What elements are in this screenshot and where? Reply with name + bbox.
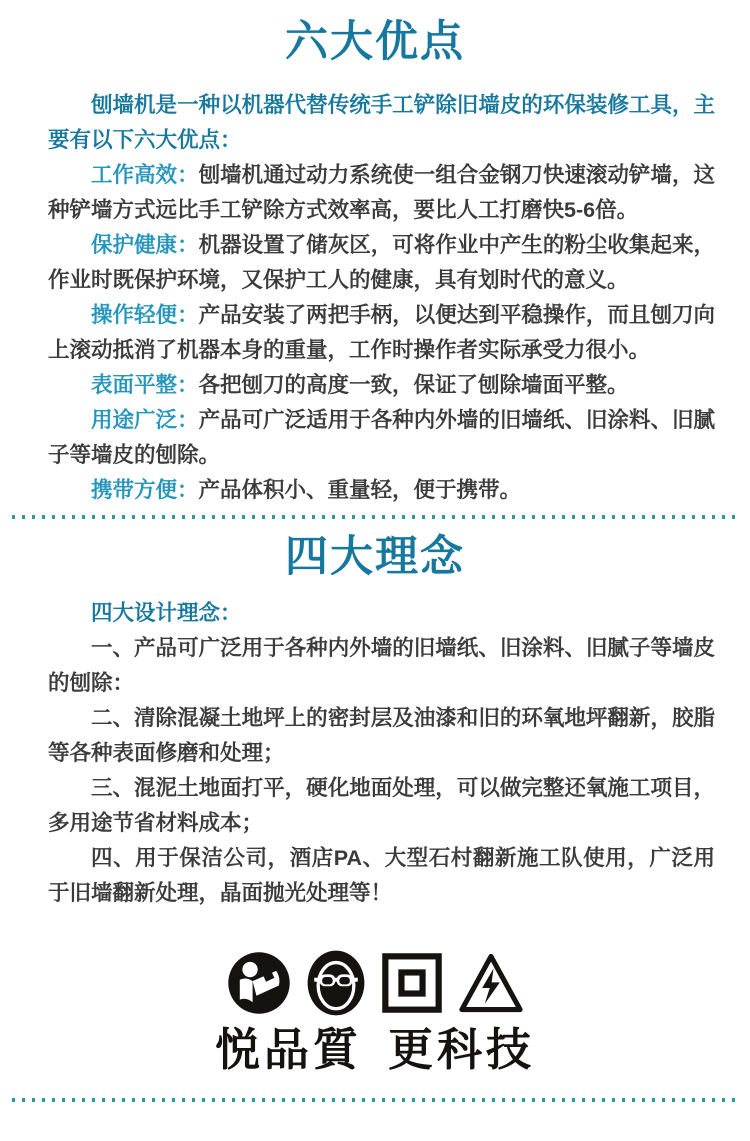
concept-item: 二、清除混凝土地坪上的密封层及油漆和旧的环氧地坪翻新，胶脂等各种表面修磨和处理； xyxy=(48,701,715,771)
read-manual-icon xyxy=(227,951,291,1015)
dotted-separator-top xyxy=(12,515,738,519)
concept-item: 三、混泥土地面打平，硬化地面处理，可以做完整还氧施工项目，多用途节省材料成本； xyxy=(48,771,715,841)
eye-protection-icon xyxy=(306,950,366,1016)
concepts-title: 四大理念 xyxy=(0,533,750,581)
advantage-item: 用途广泛：产品可广泛适用于各种内外墙的旧墙纸、旧涂料、旧腻子等墙皮的刨除。 xyxy=(48,403,715,473)
advantage-item: 携带方便：产品体积小、重量轻，便于携带。 xyxy=(48,473,715,508)
advantage-item: 保护健康：机器设置了储灰区，可将作业中产生的粉尘收集起来，作业时既保护环境，又保… xyxy=(48,228,715,298)
advantage-label: 表面平整： xyxy=(91,373,199,397)
advantages-title: 六大优点 xyxy=(0,18,750,66)
advantages-intro: 刨墙机是一种以机器代替传统手工铲除旧墙皮的环保装修工具，主要有以下六大优点： xyxy=(48,88,715,158)
advantage-label: 用途广泛： xyxy=(91,408,199,432)
double-insulation-icon xyxy=(381,952,443,1014)
advantage-label: 保护健康： xyxy=(91,233,199,257)
concepts-section: 四大设计理念： 一、产品可广泛用于各种内外墙的旧墙纸、旧涂料、旧腻子等墙皮的刨除… xyxy=(0,596,750,911)
brand-slogan: 悦品質更科技 xyxy=(0,1025,750,1075)
advantage-item: 表面平整：各把刨刀的高度一致，保证了刨除墙面平整。 xyxy=(48,368,715,403)
dotted-separator-bottom xyxy=(12,1098,738,1102)
advantage-item: 操作轻便：产品安装了两把手柄，以便达到平稳操作，而且刨刀向上滚动抵消了机器本身的… xyxy=(48,298,715,368)
concepts-subtitle: 四大设计理念： xyxy=(48,596,715,631)
advantages-section: 刨墙机是一种以机器代替传统手工铲除旧墙皮的环保装修工具，主要有以下六大优点： 工… xyxy=(0,88,750,508)
concept-item: 一、产品可广泛用于各种内外墙的旧墙纸、旧涂料、旧腻子等墙皮的刨除： xyxy=(48,631,715,701)
slogan-quality-text: 悦品質 xyxy=(215,1023,362,1076)
product-promo-page: 六大优点 刨墙机是一种以机器代替传统手工铲除旧墙皮的环保装修工具，主要有以下六大… xyxy=(0,0,750,1141)
advantage-label: 工作高效： xyxy=(91,163,199,187)
safety-icons-row xyxy=(0,951,750,1015)
advantage-text: 产品体积小、重量轻，便于携带。 xyxy=(199,478,522,502)
electric-hazard-icon xyxy=(458,952,524,1014)
advantage-label: 操作轻便： xyxy=(91,303,199,327)
concept-item: 四、用于保洁公司，酒店PA、大型石村翻新施工队使用，广泛用于旧墙翻新处理，晶面抛… xyxy=(48,841,715,911)
advantage-item: 工作高效：刨墙机通过动力系统使一组合金钢刀快速滚动铲墙，这种铲墙方式远比手工铲除… xyxy=(48,158,715,228)
advantage-label: 携带方便： xyxy=(91,478,199,502)
advantage-text: 各把刨刀的高度一致，保证了刨除墙面平整。 xyxy=(199,373,629,397)
slogan-tech-text: 更科技 xyxy=(388,1023,535,1076)
